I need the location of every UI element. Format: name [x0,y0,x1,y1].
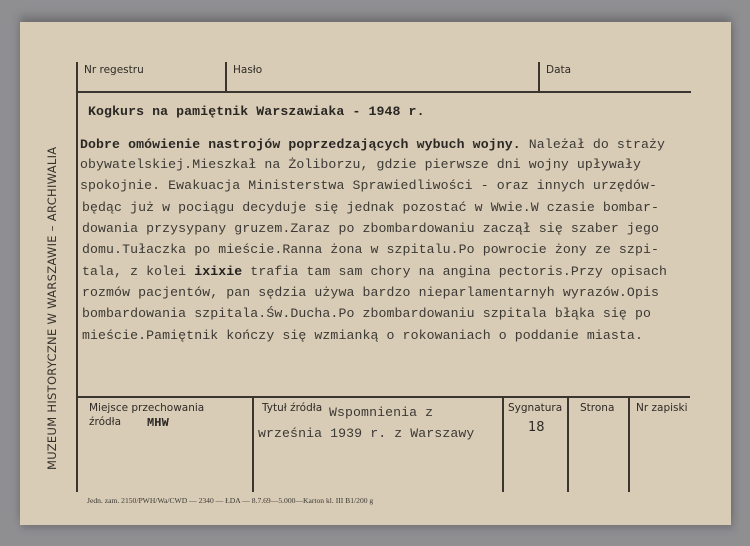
haslo-label: Hasło [233,64,262,76]
bottom-divider-strona [567,397,569,492]
header-divider-1 [225,62,227,92]
body-line-1-bold: Dobre omówienie nastrojów poprzedzającyc… [80,137,521,152]
print-footer: Jedn. zam. 2150/PWH/Wa/CWD — 2340 — ŁDA … [87,496,373,505]
header-horizontal-rule [78,91,691,93]
body-line-5: dowania przysypany gruzem.Zaraz po zbomb… [82,221,659,236]
bottom-horizontal-rule [78,396,690,398]
miejsce-value: MHW [147,416,169,430]
left-vertical-rule [76,62,78,492]
bottom-divider-tytul [252,397,254,492]
tytul-zrodla-label: Tytuł źródła [262,402,322,414]
body-line-1-rest: Należał do straży [521,137,665,152]
nr-regestru-label: Nr regestru [84,64,144,76]
body-line-10: mieście.Pamiętnik kończy się wzmianką o … [82,328,643,343]
miejsce-przechowania-label: Miejsce przechowania [89,402,204,414]
struck-out-word: ixixie [194,264,242,279]
body-line-7-end: trafia tam sam chory na angina pectoris.… [242,264,667,279]
sygnatura-value: 18 [528,420,545,435]
tytul-value-line-2: września 1939 r. z Warszawy [258,426,474,441]
data-label: Data [546,64,571,76]
document-title: Kogkurs na pamiętnik Warszawiaka - 1948 … [88,104,425,119]
body-line-9: bombardowania szpitala.Św.Ducha.Po zbomb… [82,306,651,321]
body-line-6: domu.Tułaczka po mieście.Ranna żona w sz… [82,242,659,257]
body-line-7: tala, z kolei ixixie trafia tam sam chor… [82,264,667,279]
nr-zapiski-label: Nr zapiski [636,402,688,414]
body-line-7-start: tala, z kolei [82,264,194,279]
bottom-divider-sygnatura [502,397,504,492]
tytul-value-line-1: Wspomnienia z [329,405,433,420]
bottom-divider-nr-zapiski [628,397,630,492]
sygnatura-label: Sygnatura [508,402,562,414]
body-line-1: Dobre omówienie nastrojów poprzedzającyc… [80,137,665,152]
body-line-4: będąc już w pociągu decyduje się jednak … [82,200,659,215]
body-line-8: rozmów pacjentów, pan sędzia używa bardz… [82,285,659,300]
strona-label: Strona [580,402,614,414]
body-line-2: obywatelskiej.Mieszkał na Żoliborzu, gdz… [80,157,641,172]
museum-side-label: MUZEUM HISTORYCZNE W WARSZAWIE – ARCHIWA… [45,147,59,470]
header-divider-2 [538,62,540,92]
body-line-3: spokojnie. Ewakuacja Ministerstwa Sprawi… [80,178,657,193]
zrodla-label: źródła [89,416,121,428]
